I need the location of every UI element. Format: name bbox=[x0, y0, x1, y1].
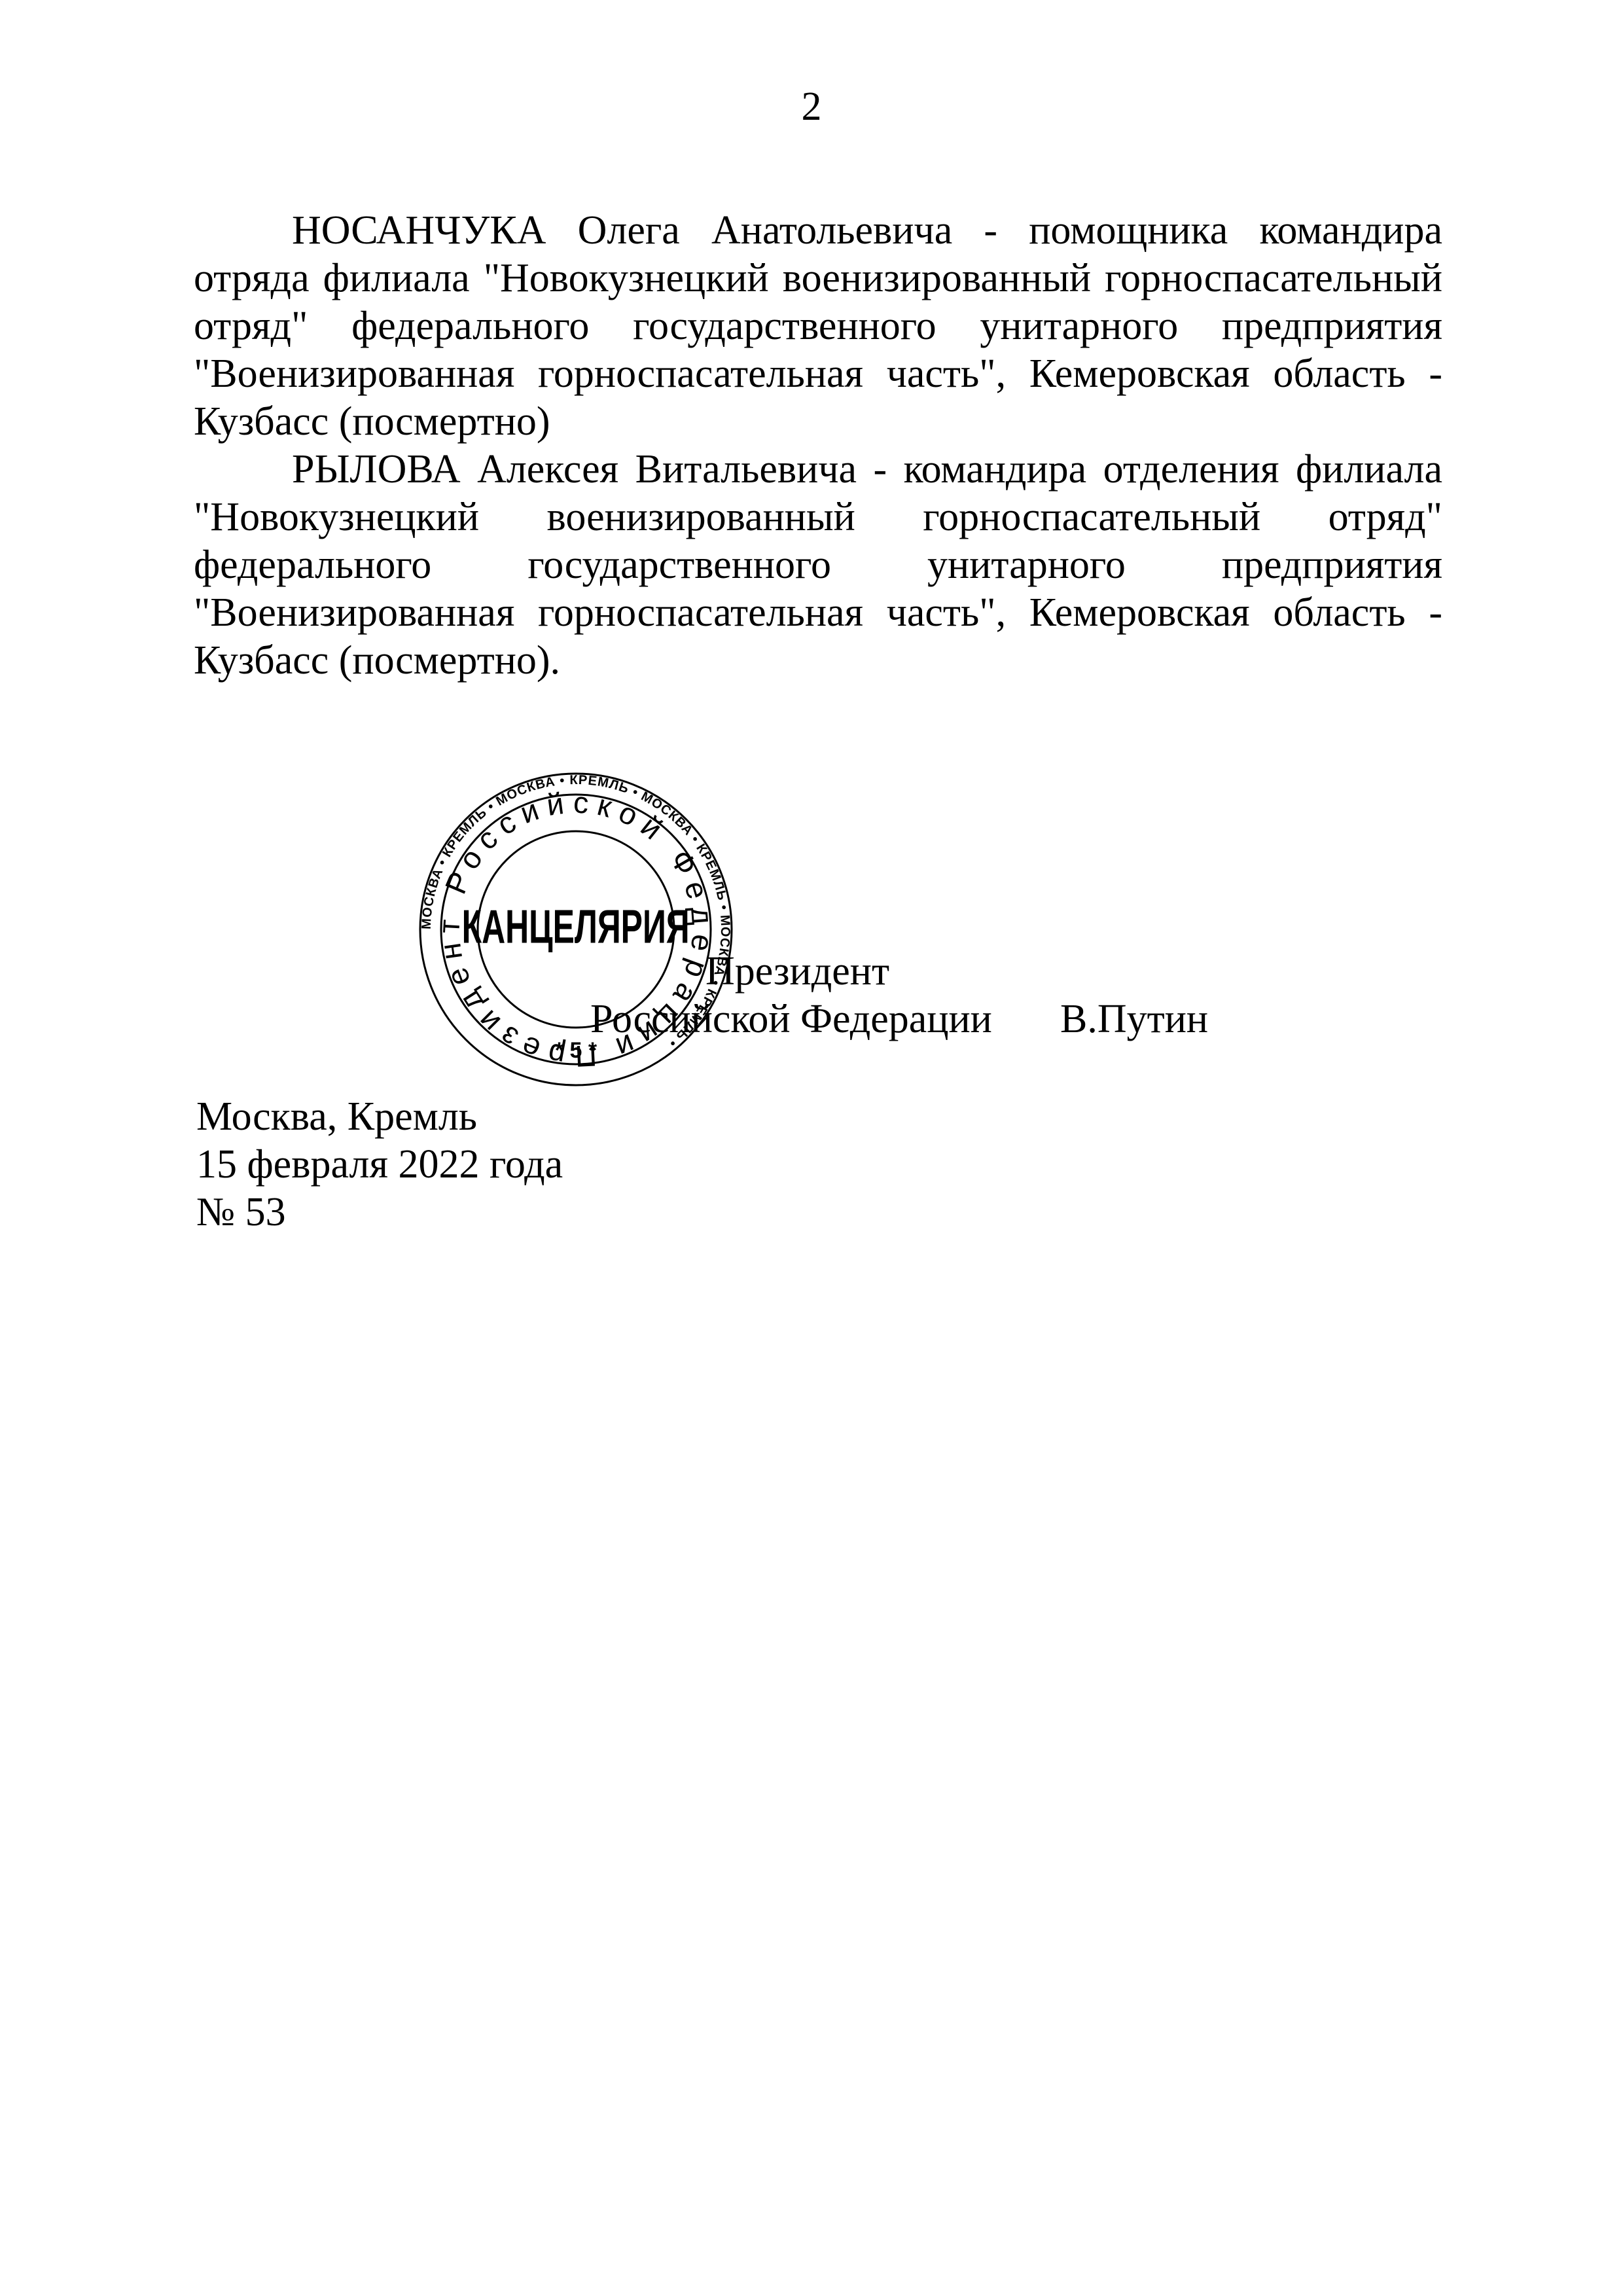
signature-title: Президент bbox=[705, 948, 889, 996]
signatory-name: В.Путин bbox=[1060, 996, 1208, 1043]
paragraph-nosanchuk: НОСАНЧУКА Олега Анатольевича - помощника… bbox=[194, 207, 1442, 446]
decree-date: 15 февраля 2022 года bbox=[196, 1141, 563, 1189]
text-line: "Новокузнецкий военизированный горноспас… bbox=[194, 495, 1442, 539]
text-line: НОСАНЧУКА Олега Анатольевича - помощника… bbox=[292, 208, 1442, 253]
text-line: федерального государственного унитарного… bbox=[194, 543, 1442, 587]
text-line: РЫЛОВА Алексея Витальевича - командира о… bbox=[292, 447, 1442, 492]
page-number: 2 bbox=[0, 84, 1623, 130]
text-line: Кузбасс (посмертно). bbox=[194, 638, 560, 683]
text-line: Кузбасс (посмертно) bbox=[194, 399, 550, 444]
text-line: отряда филиала "Новокузнецкий военизиров… bbox=[194, 256, 1442, 300]
stamp-center-text: КАНЦЕЛЯРИЯ bbox=[462, 901, 690, 953]
text-line: "Военизированная горноспасательная часть… bbox=[194, 351, 1442, 396]
decree-body: НОСАНЧУКА Олега Анатольевича - помощника… bbox=[194, 207, 1442, 685]
text-line: "Военизированная горноспасательная часть… bbox=[194, 590, 1442, 635]
decree-footer: Москва, Кремль 15 февраля 2022 года № 53 bbox=[196, 1093, 563, 1236]
text-line: отряд" федерального государственного уни… bbox=[194, 304, 1442, 348]
signature-country: Российской Федерации bbox=[590, 996, 992, 1043]
place-of-signing: Москва, Кремль bbox=[196, 1093, 563, 1141]
decree-number: № 53 bbox=[196, 1189, 563, 1236]
paragraph-rylov: РЫЛОВА Алексея Витальевича - командира о… bbox=[194, 446, 1442, 685]
